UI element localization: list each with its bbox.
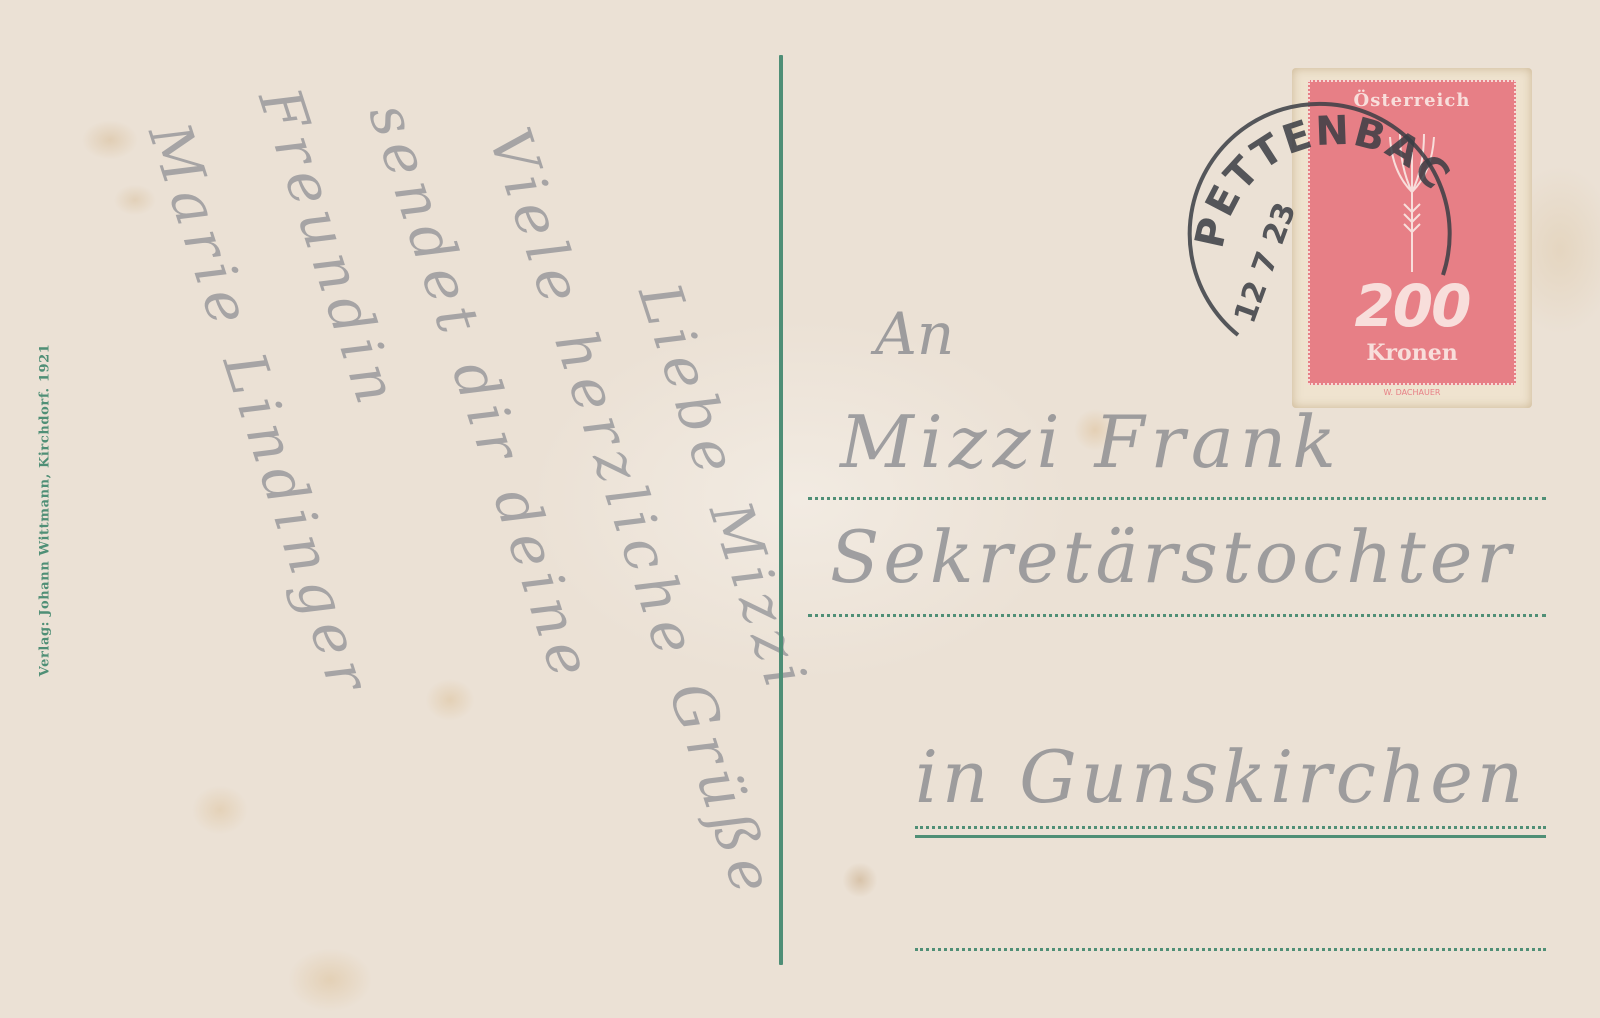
address-line-2 <box>808 614 1546 617</box>
address-line-4 <box>915 948 1546 951</box>
stamp-designer: W. DACHAUER <box>1292 388 1532 397</box>
postcard-back: Verlag: Johann Wittmann, Kirchdorf. 1921… <box>0 0 1600 1018</box>
address-place: in Gunskirchen <box>915 735 1527 819</box>
publisher-imprint: Verlag: Johann Wittmann, Kirchdorf. 1921 <box>38 344 53 677</box>
postmark-cancellation: PETTENBACH 12 7 23 <box>1178 75 1478 375</box>
address-occupation: Sekretärstochter <box>830 515 1515 599</box>
svg-text:PETTENBACH: PETTENBACH <box>1178 75 1459 252</box>
address-line-3-underline <box>915 835 1546 838</box>
postmark-town: PETTENBACH <box>1178 75 1459 252</box>
address-salutation: An <box>875 300 954 368</box>
address-line-3 <box>915 826 1546 829</box>
address-line-1 <box>808 497 1546 500</box>
handwritten-message: Liebe Mizzi Viele herzliche Grüße sendet… <box>130 90 750 990</box>
address-name: Mizzi Frank <box>840 400 1342 484</box>
divider-line <box>779 55 783 965</box>
